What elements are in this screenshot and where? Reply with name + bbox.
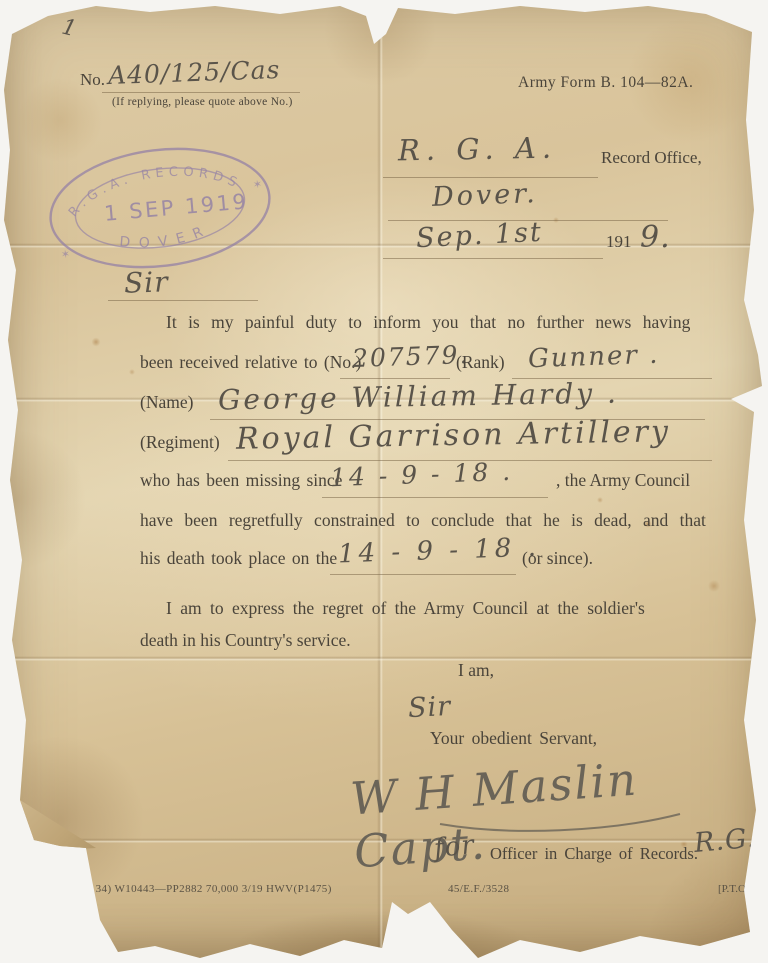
date-handwritten: Sep. 1st bbox=[415, 217, 543, 255]
date-rule bbox=[383, 258, 603, 259]
body-line-2-prefix: been received relative to (No.) bbox=[140, 352, 361, 373]
pencil-numeral: 1 bbox=[59, 15, 80, 43]
document-paper: ✓ 1 No. A40/125/Cas (If replying, please… bbox=[0, 0, 768, 963]
stamp-arc-bottom-text: DOVER bbox=[117, 220, 215, 255]
stamp-star-left-icon: ✶ bbox=[60, 248, 71, 261]
missing-date-handwritten: 14 - 9 - 18 . bbox=[330, 457, 514, 492]
death-date-handwritten: 14 - 9 - 18 . bbox=[338, 532, 541, 569]
date-year-digit: 9. bbox=[640, 220, 671, 255]
svg-text:DOVER: DOVER bbox=[117, 220, 215, 255]
regret-line-2: death in his Country's service. bbox=[140, 630, 351, 651]
name-handwritten: George William Hardy . bbox=[218, 377, 619, 417]
rank-label: (Rank) bbox=[456, 352, 505, 373]
footer-contract-code: 45/E.F./3528 bbox=[448, 883, 509, 895]
salutation-handwritten: Sir bbox=[123, 265, 169, 300]
office-handwritten: R. G. A. bbox=[398, 131, 558, 168]
salutation-rule bbox=[108, 300, 258, 301]
reference-no-value: A40/125/Cas bbox=[108, 55, 281, 90]
regiment-label: (Regiment) bbox=[140, 432, 220, 453]
office-rule bbox=[383, 177, 598, 178]
body-line-1: It is my painful duty to inform you that… bbox=[166, 312, 690, 333]
reference-note: (If replying, please quote above No.) bbox=[112, 96, 293, 108]
footer-print-code: (7 11 34) W10443—PP2882 70,000 3/19 HWV(… bbox=[68, 883, 332, 895]
service-number-handwritten: 207579. bbox=[352, 340, 470, 373]
horizontal-crease-3 bbox=[0, 656, 768, 661]
form-title: Army Form B. 104—82A. bbox=[518, 74, 693, 92]
death-suffix: (or since). bbox=[522, 548, 593, 569]
missing-prefix: who has been missing since bbox=[140, 470, 342, 491]
death-date-rule bbox=[330, 574, 516, 575]
office-printed: Record Office, bbox=[601, 148, 702, 168]
conclude-line: have been regretfully constrained to con… bbox=[140, 510, 706, 531]
rga-records-dover-stamp: R.G.A. RECORDS 1 SEP 1919 DOVER ✶ ✶ bbox=[35, 128, 285, 288]
missing-suffix: , the Army Council bbox=[556, 470, 690, 491]
missing-date-rule bbox=[322, 497, 548, 498]
death-prefix: his death took place on the bbox=[140, 548, 337, 569]
for-handwritten: for bbox=[433, 830, 477, 864]
name-label: (Name) bbox=[140, 392, 193, 413]
closing-i-am: I am, bbox=[458, 660, 494, 681]
date-printed-year: 191 bbox=[606, 232, 632, 252]
pencil-check-mark: ✓ bbox=[24, 1, 51, 34]
footer-pto: [P.T.O. bbox=[718, 883, 749, 895]
stamp-date-text: 1 SEP 1919 bbox=[103, 189, 249, 225]
signature-flourish bbox=[330, 748, 750, 838]
place-handwritten: Dover. bbox=[431, 178, 538, 213]
closing-servant: Your obedient Servant, bbox=[430, 728, 597, 749]
rank-handwritten: Gunner . bbox=[528, 340, 660, 375]
stamp-star-right-icon: ✶ bbox=[252, 178, 263, 191]
folded-corner bbox=[18, 796, 98, 854]
reference-no-label: No. bbox=[80, 70, 105, 90]
officer-in-charge-printed: Officer in Charge of Records. bbox=[490, 844, 698, 864]
regret-line-1: I am to express the regret of the Army C… bbox=[166, 598, 645, 619]
scanned-letter: ✓ 1 No. A40/125/Cas (If replying, please… bbox=[0, 0, 768, 963]
regiment-handwritten: Royal Garrison Artillery bbox=[236, 414, 671, 457]
closing-sir-handwritten: Sir bbox=[407, 691, 452, 724]
reference-no-rule bbox=[102, 92, 300, 93]
